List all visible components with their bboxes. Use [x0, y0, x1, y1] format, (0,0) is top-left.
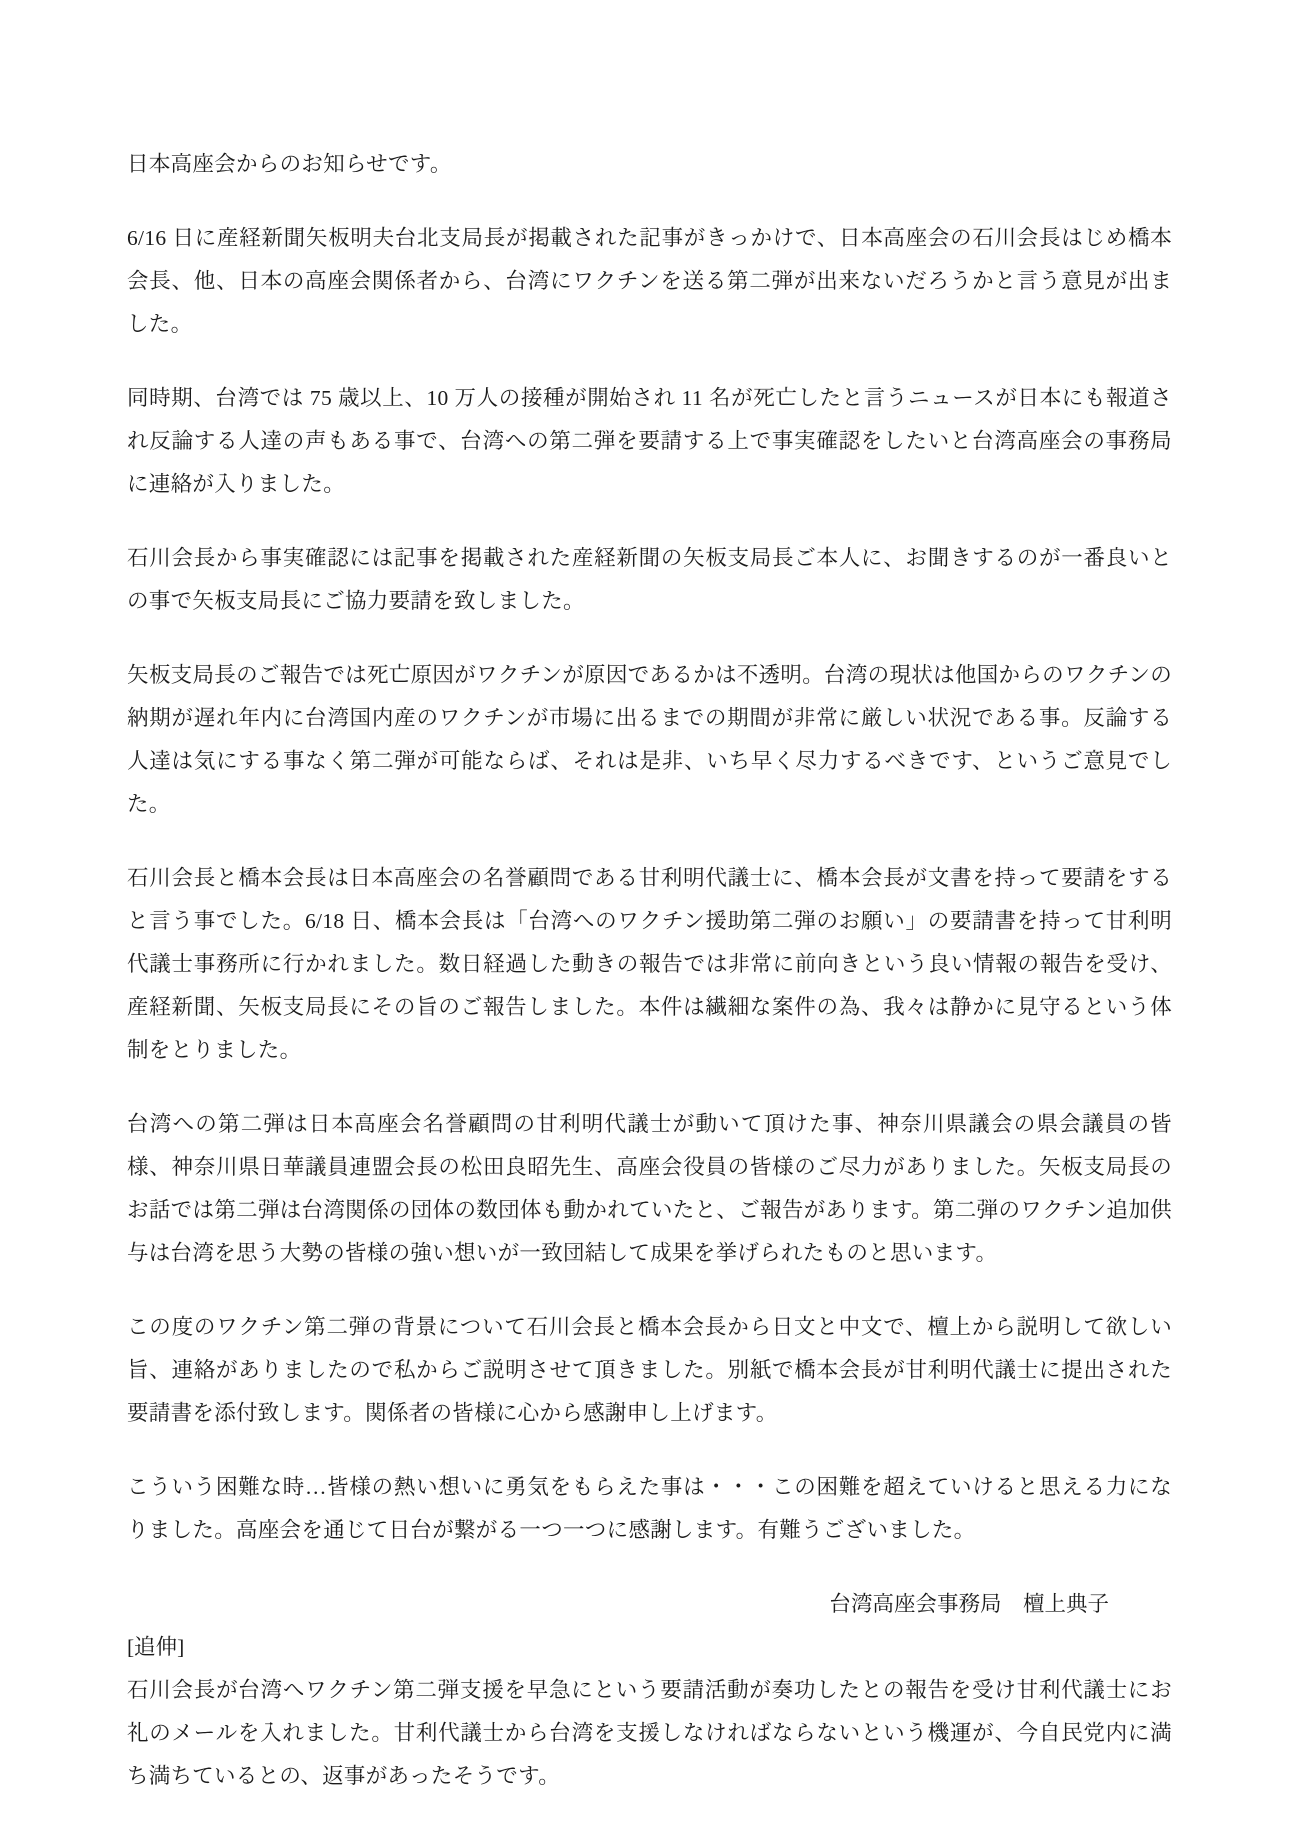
paragraph-acknowledgements: 台湾への第二弾は日本高座会名誉顧問の甘利明代議士が動いて頂けた事、神奈川県議会の… — [127, 1103, 1172, 1275]
opening-line: 日本高座会からのお知らせです。 — [127, 143, 1172, 186]
paragraph-bureau-chief-report: 矢板支局長のご報告では死亡原因がワクチンが原因であるかは不透明。台湾の現状は他国… — [127, 654, 1172, 826]
paragraph-explanation-attachment: この度のワクチン第二弾の背景について石川会長と橋本会長から日文と中文で、檀上から… — [127, 1306, 1172, 1435]
paragraph-taiwan-news: 同時期、台湾では 75 歳以上、10 万人の接種が開始され 11 名が死亡したと… — [127, 377, 1172, 506]
paragraph-fact-check-request: 石川会長から事実確認には記事を掲載された産経新聞の矢板支局長ご本人に、お聞きする… — [127, 537, 1172, 623]
paragraph-gratitude: こういう困難な時…皆様の熱い想いに勇気をもらえた事は・・・この困難を超えていける… — [127, 1466, 1172, 1552]
signature-line: 台湾高座会事務局 檀上典子 — [127, 1583, 1172, 1626]
paragraph-request-to-amari: 石川会長と橋本会長は日本高座会の名誉顧問である甘利明代議士に、橋本会長が文書を持… — [127, 857, 1172, 1072]
document-page: 日本高座会からのお知らせです。 6/16 日に産経新聞矢板明夫台北支局長が掲載さ… — [0, 0, 1300, 1839]
postscript-label: [追伸] — [127, 1626, 1172, 1669]
postscript-paragraph: 石川会長が台湾へワクチン第二弾支援を早急にという要請活動が奏功したとの報告を受け… — [127, 1669, 1172, 1798]
paragraph-trigger-article: 6/16 日に産経新聞矢板明夫台北支局長が掲載された記事がきっかけで、日本高座会… — [127, 217, 1172, 346]
